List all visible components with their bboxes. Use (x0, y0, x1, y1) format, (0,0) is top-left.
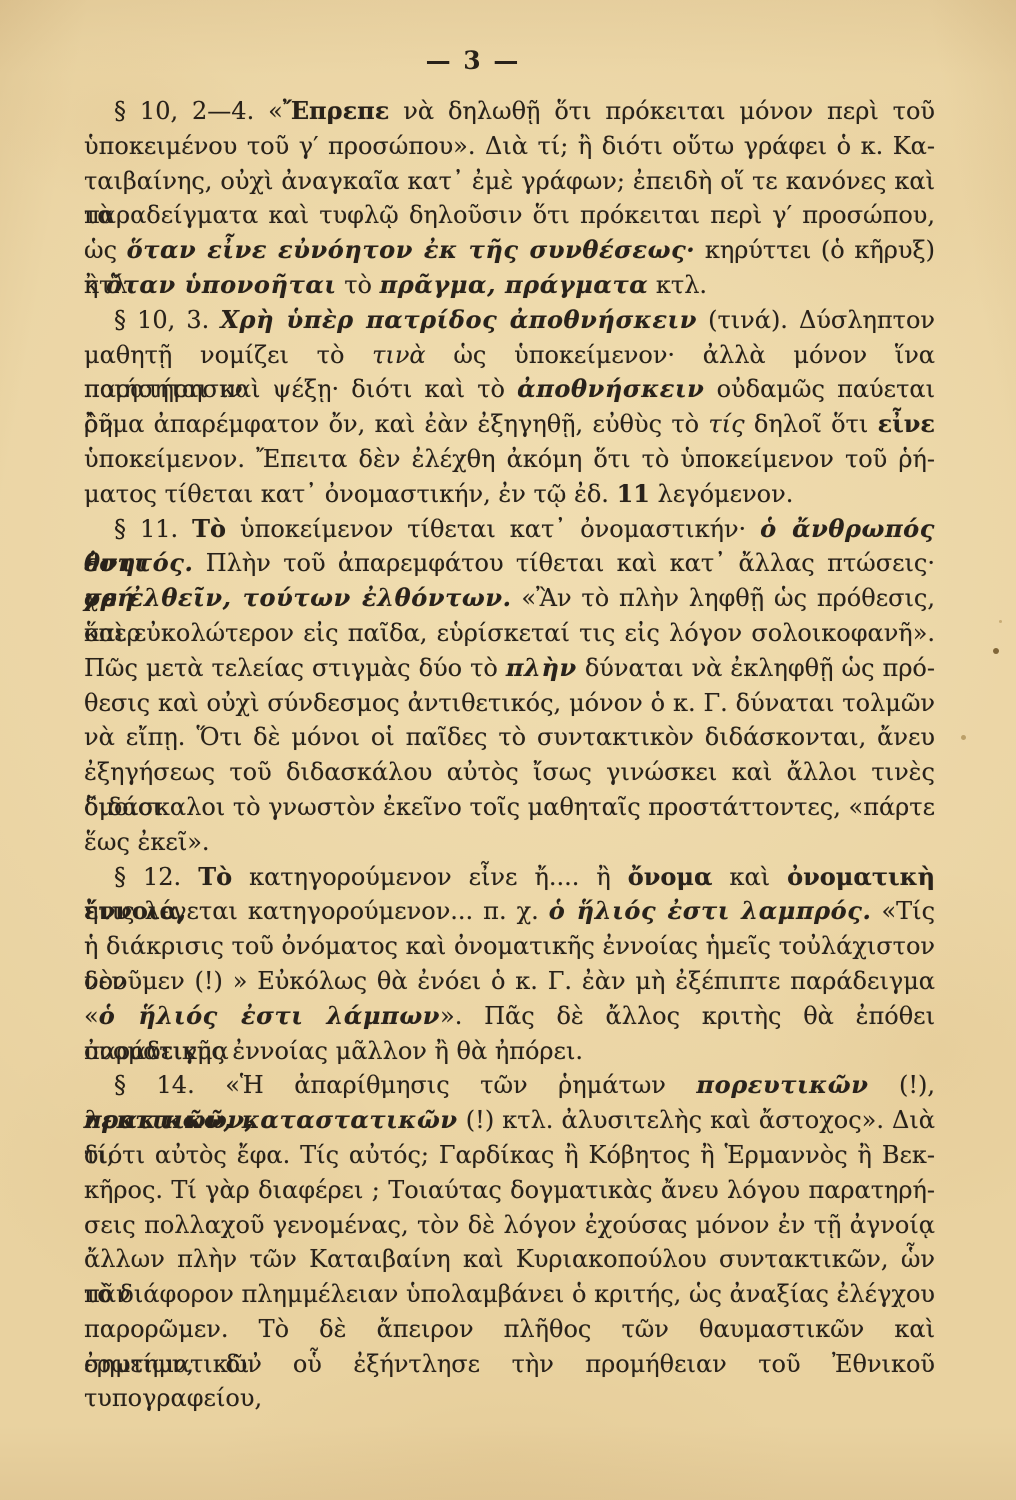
text-segment: διδάσκαλοι τὸ γνωστὸν ἐκεῖνο τοῖς μαθητα… (84, 793, 935, 821)
text-segment: διότι αὐτὸς ἔφα. Τίς αὐτός; Γαρδίκας ἢ Κ… (84, 1141, 935, 1169)
text-segment: § 14. «Ἡ ἀπαρίθμησις τῶν ῥημάτων (114, 1071, 696, 1099)
page-number: — 3 — (408, 46, 538, 75)
text-segment: ὅταν ὑπονοῆται (106, 270, 337, 299)
text-segment: § 10, 2—4. « (114, 97, 283, 125)
text-line: ἥτις λέγεται κατηγορούμενον... π. χ. ὁ ἥ… (84, 894, 935, 929)
text-line: σεις πολλαχοῦ γενομένας, τὸν δὲ λόγον ἐχ… (84, 1208, 935, 1243)
text-line: μαθητῇ νομίζει τὸ τινὰ ὡς ὑποκείμενον· ἀ… (84, 338, 935, 373)
text-line: νὰ εἴπῃ. Ὅτι δὲ μόνοι οἱ παῖδες τὸ συντα… (84, 720, 935, 755)
text-line: τὸ διάφορον πλημμέλειαν ὑπολαμβάνει ὁ κρ… (84, 1277, 935, 1312)
scanned-book-page: { "colors": { "paper": "#e9d2a0", "ink":… (0, 0, 1016, 1500)
text-segment: ὑποκείμενον. Ἔπειτα δὲν ἐλέχθη ἀκόμη ὅτι… (84, 445, 935, 473)
text-segment: λεγόμενον. (650, 480, 793, 508)
text-segment: νὰ δηλωθῇ ὅτι πρόκειται μόνον περὶ τοῦ (389, 97, 935, 125)
text-line: ἐξηγήσεως τοῦ διδασκάλου αὐτὸς ἴσως γινώ… (84, 755, 935, 790)
text-segment: εἶνε (878, 409, 935, 438)
text-segment: ὡς (84, 236, 127, 264)
paper-speck (993, 648, 999, 654)
text-line: διότι αὐτὸς ἔφα. Τίς αὐτός; Γαρδίκας ἢ Κ… (84, 1138, 935, 1173)
paragraph-section-14: § 14. «Ἡ ἀπαρίθμησις τῶν ῥημάτων πορευτι… (84, 1068, 935, 1381)
text-line: θεσις καὶ οὐχὶ σύνδεσμος ἀντιθετικός, μό… (84, 686, 935, 721)
text-segment: νοοῦμεν (!) » Εὐκόλως θὰ ἐνόει ὁ κ. Γ. ἐ… (84, 967, 935, 995)
paragraph-section-12: § 12. Τὸ κατηγορούμενον εἶνε ἤ.... ἢ ὄνο… (84, 860, 935, 1069)
text-segment: Πλὴν τοῦ ἀπαρεμφάτου τίθεται καὶ κατ᾽ ἄλ… (193, 549, 935, 577)
text-line: § 11. Τὸ ὑποκείμενον τίθεται κατ᾽ ὀνομασ… (84, 512, 935, 547)
text-line: ὑποκείμενον. Ἔπειτα δὲν ἐλέχθη ἀκόμη ὅτι… (84, 442, 935, 477)
text-line: καὶ εὐκολώτερον εἰς παῖδα, εὑρίσκεταί τι… (84, 616, 935, 651)
text-line: θνητός. Πλὴν τοῦ ἀπαρεμφάτου τίθεται καὶ… (84, 546, 935, 581)
text-segment: παραδείγματα καὶ τυφλῷ δηλοῦσιν ὅτι πρόκ… (84, 201, 935, 229)
text-segment: 11 (617, 479, 650, 508)
text-segment: πρᾶγμα, πράγματα (380, 270, 649, 299)
text-segment: κῆρος. Τί γὰρ διαφέρει ; Τοιαύτας δογματ… (84, 1176, 935, 1204)
text-segment: § 10, 3. (114, 306, 220, 334)
text-segment: σημείων, δι᾽ οὗ ἐξήντλησε τὴν προμήθειαν… (84, 1350, 935, 1413)
text-block: § 10, 2—4. «Ἔπρεπε νὰ δηλωθῇ ὅτι πρόκειτ… (84, 94, 935, 1381)
text-segment: (!), (868, 1071, 935, 1099)
text-segment: πλὴν (506, 653, 577, 682)
text-segment: τίς (708, 410, 744, 438)
text-line: κῆρος. Τί γὰρ διαφέρει ; Τοιαύτας δογματ… (84, 1173, 935, 1208)
text-segment: § 12. (114, 863, 198, 891)
text-segment: τὸ διάφορον πλημμέλειαν ὑπολαμβάνει ὁ κρ… (84, 1280, 935, 1308)
text-segment: Πῶς μετὰ τελείας στιγμὰς δύο τὸ (84, 654, 506, 682)
text-segment: τὸ (337, 271, 380, 299)
text-segment: θνητός. (84, 548, 193, 577)
text-line: § 12. Τὸ κατηγορούμενον εἶνε ἤ.... ἢ ὄνο… (84, 860, 935, 895)
text-line: ὀνοματικῆς ἐννοίας μᾶλλον ἢ θὰ ἠπόρει. (84, 1034, 935, 1069)
text-line: ὡς ὅταν εἶνε εὐνόητον ἐκ τῆς συνθέσεως· … (84, 233, 935, 268)
text-segment: ὑποκείμενον τίθεται κατ᾽ ὀνομαστικήν· (226, 515, 760, 543)
text-segment: ματος τίθεται κατ᾽ ὀνομαστικήν, ἐν τῷ ἐδ… (84, 480, 617, 508)
paper-speck (961, 735, 966, 740)
text-line: § 14. «Ἡ ἀπαρίθμησις τῶν ῥημάτων πορευτι… (84, 1068, 935, 1103)
text-line: ἕως ἐκεῖ». (84, 825, 935, 860)
text-line: Πῶς μετὰ τελείας στιγμὰς δύο τὸ πλὴν δύν… (84, 651, 935, 686)
text-segment: καὶ εὐκολώτερον εἰς παῖδα, εὑρίσκεταί τι… (84, 619, 935, 647)
text-segment: Τὸ (192, 514, 226, 543)
text-segment: τινὰ (372, 341, 425, 369)
text-line: ματος τίθεται κατ᾽ ὀνομαστικήν, ἐν τῷ ἐδ… (84, 477, 935, 512)
text-segment: ὀνοματικῆς ἐννοίας μᾶλλον ἢ θὰ ἠπόρει. (84, 1037, 583, 1065)
text-segment: Χρὴ ὑπὲρ πατρίδος ἀποθνήσκειν (220, 305, 697, 334)
text-segment: « (84, 1002, 99, 1030)
text-segment: ὁ ἥλιός ἐστι λαμπρός. (549, 896, 872, 925)
text-segment: λεκτικῶν, καταστατικῶν (84, 1105, 458, 1134)
paragraph-section-10-2-4: § 10, 2—4. «Ἔπρεπε νὰ δηλωθῇ ὅτι πρόκειτ… (84, 94, 935, 303)
text-segment: (τινά). Δύσληπτον (697, 306, 935, 334)
text-line: παρορῶμεν. Τὸ δὲ ἄπειρον πλῆθος τῶν θαυμ… (84, 1312, 935, 1347)
text-segment: σε ἐλθεῖν, τούτων ἐλθόντων. (84, 583, 512, 612)
text-segment: ὑποκειμένου τοῦ γ′ προσώπου». Διὰ τί; ἢ … (84, 132, 935, 160)
paragraph-section-10-3: § 10, 3. Χρὴ ὑπὲρ πατρίδος ἀποθνήσκειν (… (84, 303, 935, 512)
text-segment: ἕως ἐκεῖ». (84, 828, 210, 856)
text-segment: κτλ. (648, 271, 707, 299)
text-segment: «Τίς (871, 897, 935, 925)
text-line: παραδείγματα καὶ τυφλῷ δηλοῦσιν ὅτι πρόκ… (84, 198, 935, 233)
text-line: διδάσκαλοι τὸ γνωστὸν ἐκεῖνο τοῖς μαθητα… (84, 790, 935, 825)
text-line: «ὁ ἥλιός ἐστι λάμπων». Πᾶς δὲ ἄλλος κριτ… (84, 999, 935, 1034)
text-line: νοοῦμεν (!) » Εὐκόλως θὰ ἐνόει ὁ κ. Γ. ἐ… (84, 964, 935, 999)
text-segment: § 11. (114, 515, 192, 543)
text-segment: ποιήσηται καὶ ψέξῃ· διότι καὶ τὸ (84, 375, 517, 403)
text-segment: Ἔπρεπε (283, 96, 390, 125)
text-line: ταιβαίνης, οὐχὶ ἀναγκαῖα κατ᾽ ἐμὲ γράφων… (84, 164, 935, 199)
text-segment: κατηγορούμενον εἶνε ἤ.... ἢ (232, 863, 628, 891)
text-segment: δηλοῖ ὅτι (745, 410, 878, 438)
paper-speck (999, 620, 1002, 623)
text-segment: σεις πολλαχοῦ γενομένας, τὸν δὲ λόγον ἐχ… (84, 1211, 935, 1239)
text-line: ὑποκειμένου τοῦ γ′ προσώπου». Διὰ τί; ἢ … (84, 129, 935, 164)
text-segment: ἀποθνήσκειν (517, 374, 704, 403)
text-segment: ἢ (84, 271, 106, 299)
text-segment: μαθητῇ νομίζει τὸ (84, 341, 372, 369)
text-line: ῥῆμα ἀπαρέμφατον ὄν, καὶ ἐὰν ἐξηγηθῇ, εὐ… (84, 407, 935, 442)
text-segment: ὄνομα (628, 862, 713, 891)
text-line: ἡ διάκρισις τοῦ ὀνόματος καὶ ὀνοματικῆς … (84, 929, 935, 964)
text-segment: νὰ εἴπῃ. Ὅτι δὲ μόνοι οἱ παῖδες τὸ συντα… (84, 723, 935, 751)
text-segment: ὁ ἥλιός ἐστι λάμπων (99, 1001, 440, 1030)
paragraph-section-11: § 11. Τὸ ὑποκείμενον τίθεται κατ᾽ ὀνομασ… (84, 512, 935, 860)
text-segment: Τὸ (198, 862, 232, 891)
text-line: ποιήσηται καὶ ψέξῃ· διότι καὶ τὸ ἀποθνήσ… (84, 372, 935, 407)
text-segment: καὶ (712, 863, 787, 891)
text-segment: ῥῆμα ἀπαρέμφατον ὄν, καὶ ἐὰν ἐξηγηθῇ, εὐ… (84, 410, 708, 438)
text-line: σημείων, δι᾽ οὗ ἐξήντλησε τὴν προμήθειαν… (84, 1347, 935, 1382)
text-line: § 10, 3. Χρὴ ὑπὲρ πατρίδος ἀποθνήσκειν (… (84, 303, 935, 338)
text-line: § 10, 2—4. «Ἔπρεπε νὰ δηλωθῇ ὅτι πρόκειτ… (84, 94, 935, 129)
text-line: λεκτικῶν, καταστατικῶν (!) κτλ. ἀλυσιτελ… (84, 1103, 935, 1138)
text-segment: θεσις καὶ οὐχὶ σύνδεσμος ἀντιθετικός, μό… (84, 689, 935, 717)
text-segment: ἥτις λέγεται κατηγορούμενον... π. χ. (84, 897, 549, 925)
text-segment: πορευτικῶν (696, 1070, 868, 1099)
text-line: ἄλλων πλὴν τῶν Καταιβαίνη καὶ Κυριακοπού… (84, 1242, 935, 1277)
text-segment: ὅταν εἶνε εὐνόητον ἐκ τῆς συνθέσεως· (127, 235, 696, 264)
text-line: ἢ ὅταν ὑπονοῆται τὸ πρᾶγμα, πράγματα κτλ… (84, 268, 935, 303)
text-segment: δύναται νὰ ἐκληφθῇ ὡς πρό- (577, 654, 935, 682)
text-line: σε ἐλθεῖν, τούτων ἐλθόντων. «Ἂν τὸ πλὴν … (84, 581, 935, 616)
